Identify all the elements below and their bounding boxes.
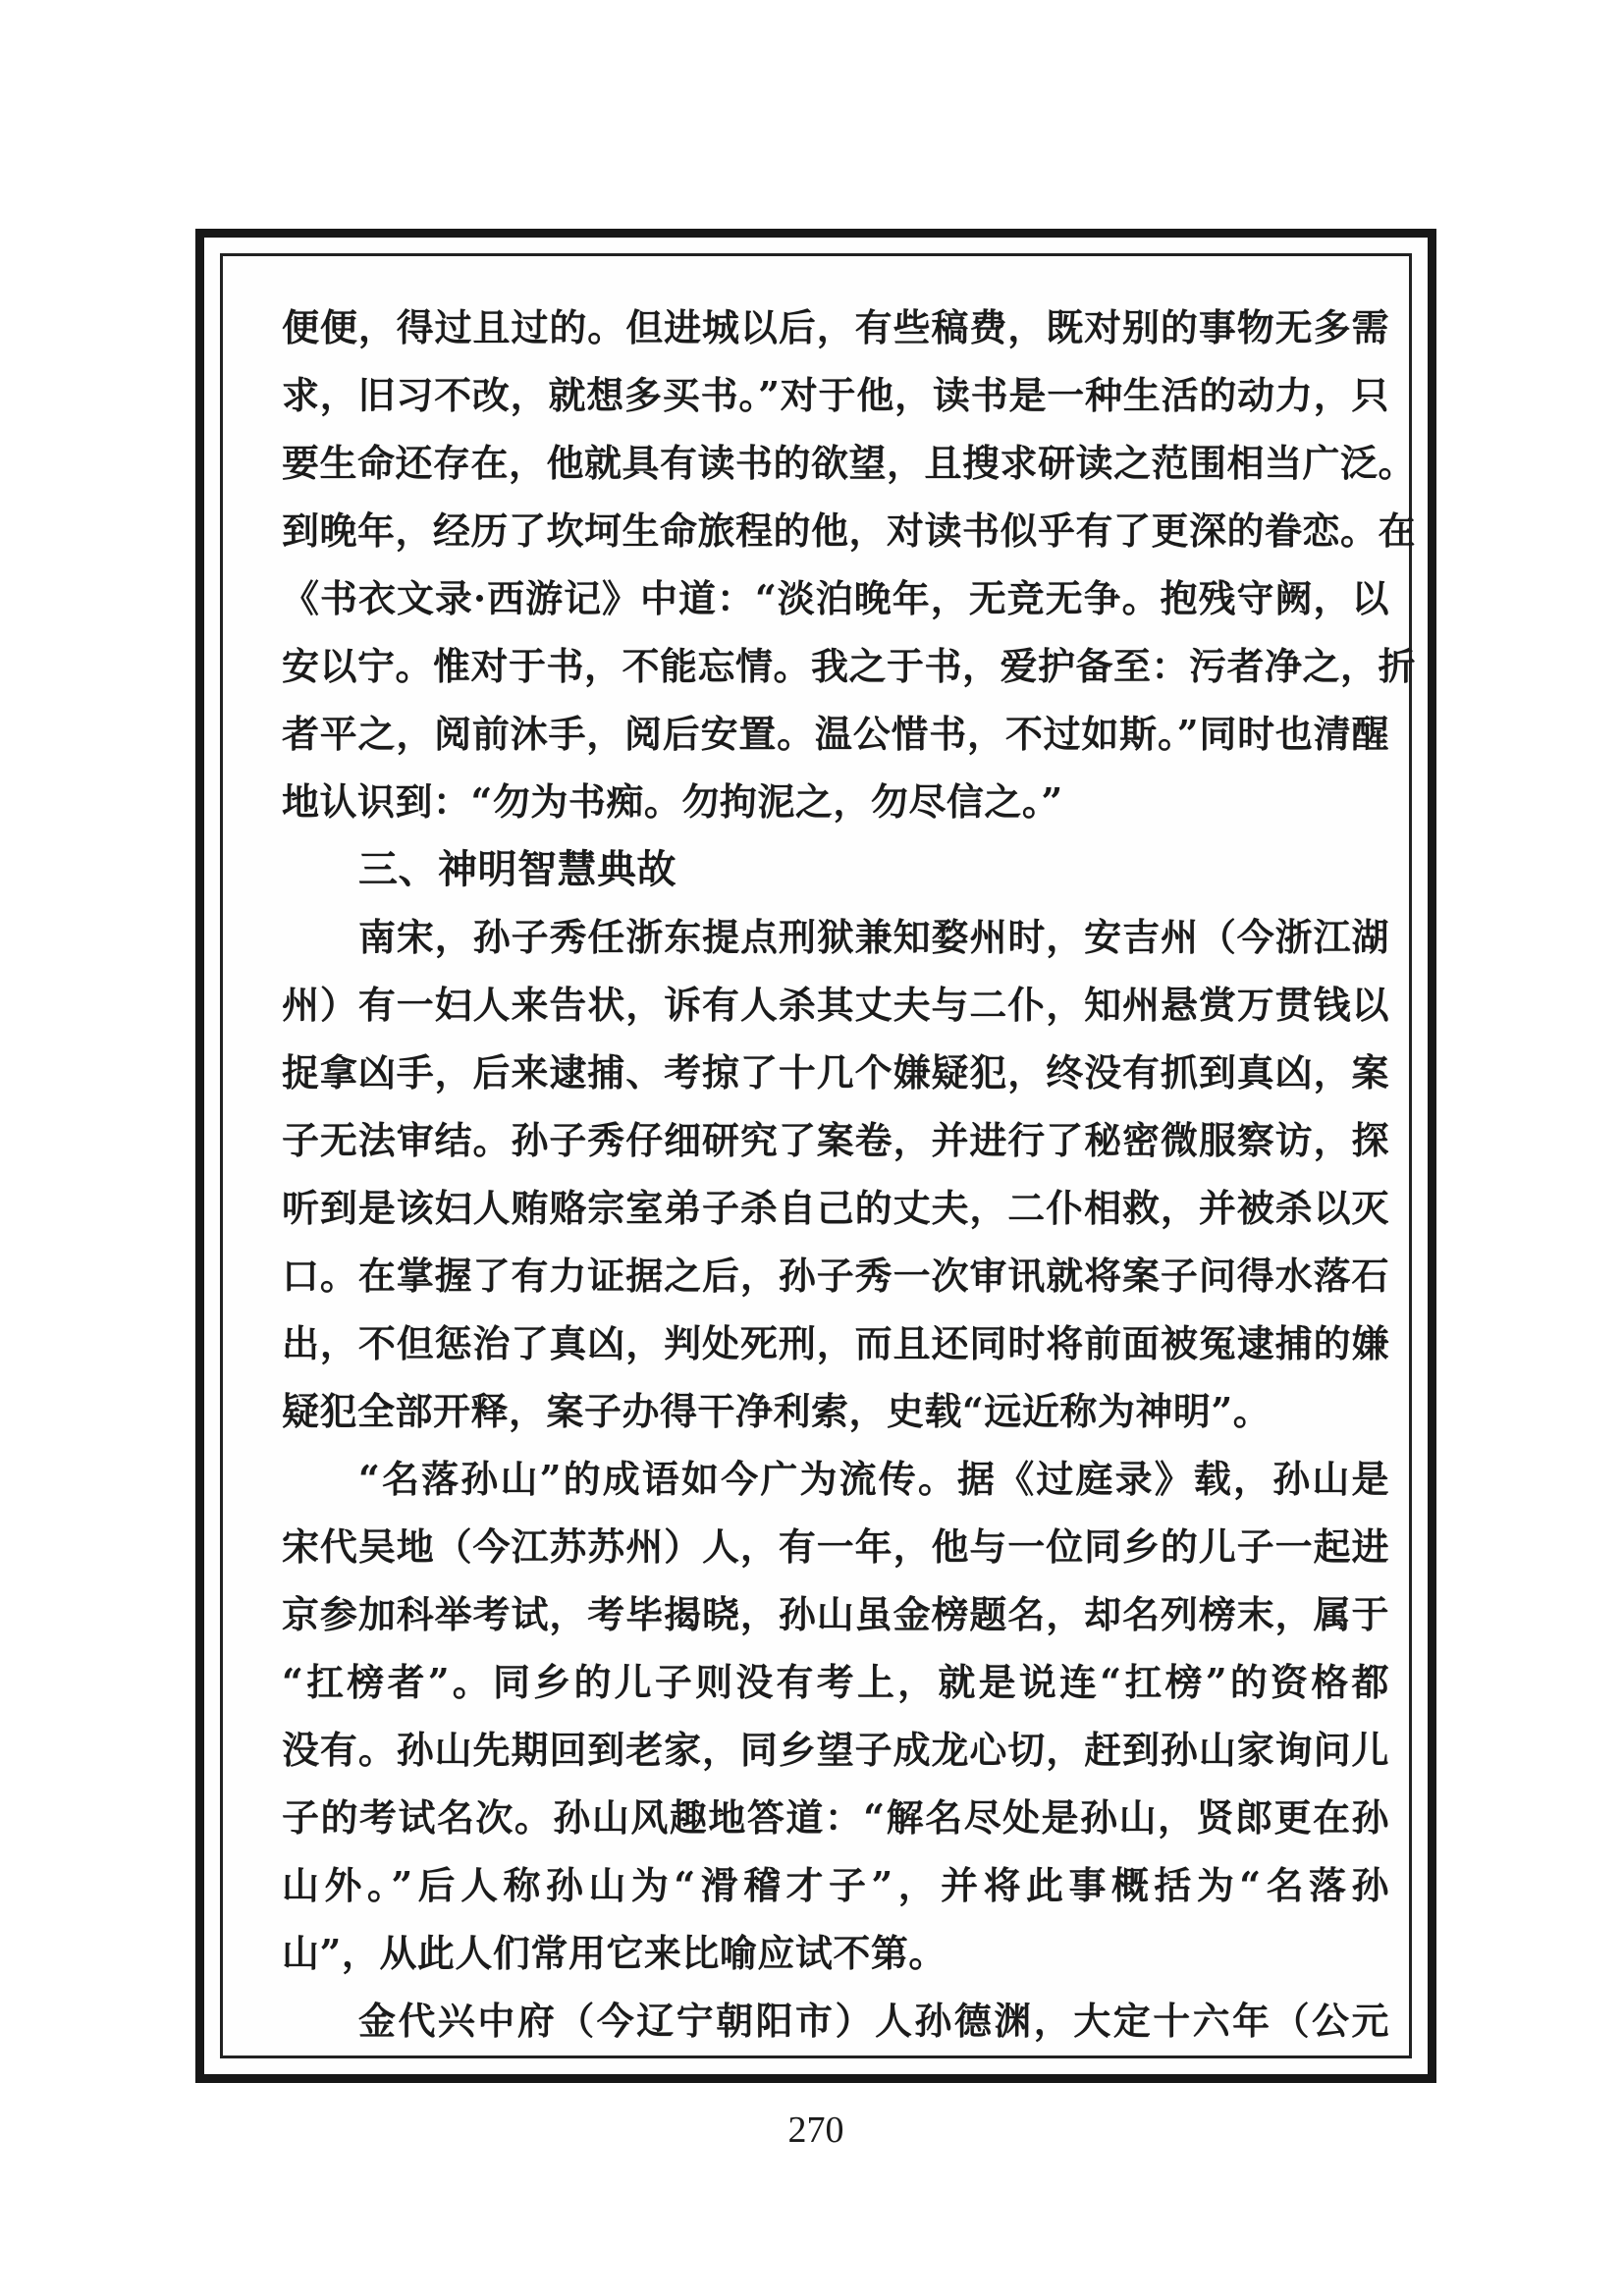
text-line: 安以宁。惟对于书，不能忘情。我之于书，爱护备至：污者净之，折 [282,632,1389,700]
text-line: 南宋，孙子秀任浙东提点刑狱兼知婺州时，安吉州（今浙江湖 [282,903,1389,971]
text-line: “名落孙山”的成语如今广为流传。据《过庭录》载，孙山是 [282,1445,1389,1513]
text-line: “扛榜者”。同乡的儿子则没有考上，就是说连“扛榜”的资格都 [282,1648,1389,1716]
text-line: 宋代吴地（今江苏苏州）人，有一年，他与一位同乡的儿子一起进 [282,1513,1389,1580]
text-line: 没有。孙山先期回到老家，同乡望子成龙心切，赶到孙山家询问儿 [282,1716,1389,1784]
text-line: 子无法审结。孙子秀仔细研究了案卷，并进行了秘密微服察访，探 [282,1106,1389,1174]
text-line: 山”，从此人们常用它来比喻应试不第。 [282,1919,1389,1987]
text-line: 《书衣文录·西游记》中道：“淡泊晚年，无竞无争。抱残守阙，以 [282,564,1389,632]
text-line: 求，旧习不改，就想多买书。”对于他，读书是一种生活的动力，只 [282,361,1389,429]
text-line: 便便，得过且过的。但进城以后，有些稿费，既对别的事物无多需 [282,294,1389,361]
text-column: 便便，得过且过的。但进城以后，有些稿费，既对别的事物无多需 求，旧习不改，就想多… [223,256,1409,2056]
book-page-scan: { "content": { "para1_lines": [ "便便，得过且过… [0,0,1623,2296]
text-line: 山外。”后人称孙山为“滑稽才子”，并将此事概括为“名落孙 [282,1851,1389,1919]
text-line: 口。在掌握了有力证据之后，孙子秀一次审讯就将案子问得水落石 [282,1242,1389,1309]
text-line: 要生命还存在，他就具有读书的欲望，且搜求研读之范围相当广泛。 [282,429,1389,497]
page-border-inner: 便便，得过且过的。但进城以后，有些稿费，既对别的事物无多需 求，旧习不改，就想多… [220,253,1412,2058]
page-number: 270 [195,2109,1436,2152]
section-heading: 三、神明智慧典故 [282,835,1389,903]
text-line: 金代兴中府（今辽宁朝阳市）人孙德渊，大定十六年（公元 [282,1987,1389,2055]
text-line: 出，不但惩治了真凶，判处死刑，而且还同时将前面被冤逮捕的嫌 [282,1309,1389,1377]
text-line: 子的考试名次。孙山风趣地答道：“解名尽处是孙山，贤郎更在孙 [282,1784,1389,1851]
text-line: 京参加科举考试，考毕揭晓，孙山虽金榜题名，却名列榜末，属于 [282,1580,1389,1648]
text-line: 者平之，阅前沐手，阅后安置。温公惜书，不过如斯。”同时也清醒 [282,700,1389,768]
page-border-outer: 便便，得过且过的。但进城以后，有些稿费，既对别的事物无多需 求，旧习不改，就想多… [195,229,1436,2083]
text-line: 地认识到：“勿为书痴。勿拘泥之，勿尽信之。” [282,768,1389,835]
text-line: 捉拿凶手，后来逮捕、考掠了十几个嫌疑犯，终没有抓到真凶，案 [282,1039,1389,1106]
text-line: 听到是该妇人贿赂宗室弟子杀自己的丈夫，二仆相救，并被杀以灭 [282,1174,1389,1242]
text-line: 到晚年，经历了坎坷生命旅程的他，对读书似乎有了更深的眷恋。在 [282,497,1389,564]
text-line: 州）有一妇人来告状，诉有人杀其丈夫与二仆，知州悬赏万贯钱以 [282,971,1389,1039]
text-line: 疑犯全部开释，案子办得干净利索，史载“远近称为神明”。 [282,1377,1389,1445]
